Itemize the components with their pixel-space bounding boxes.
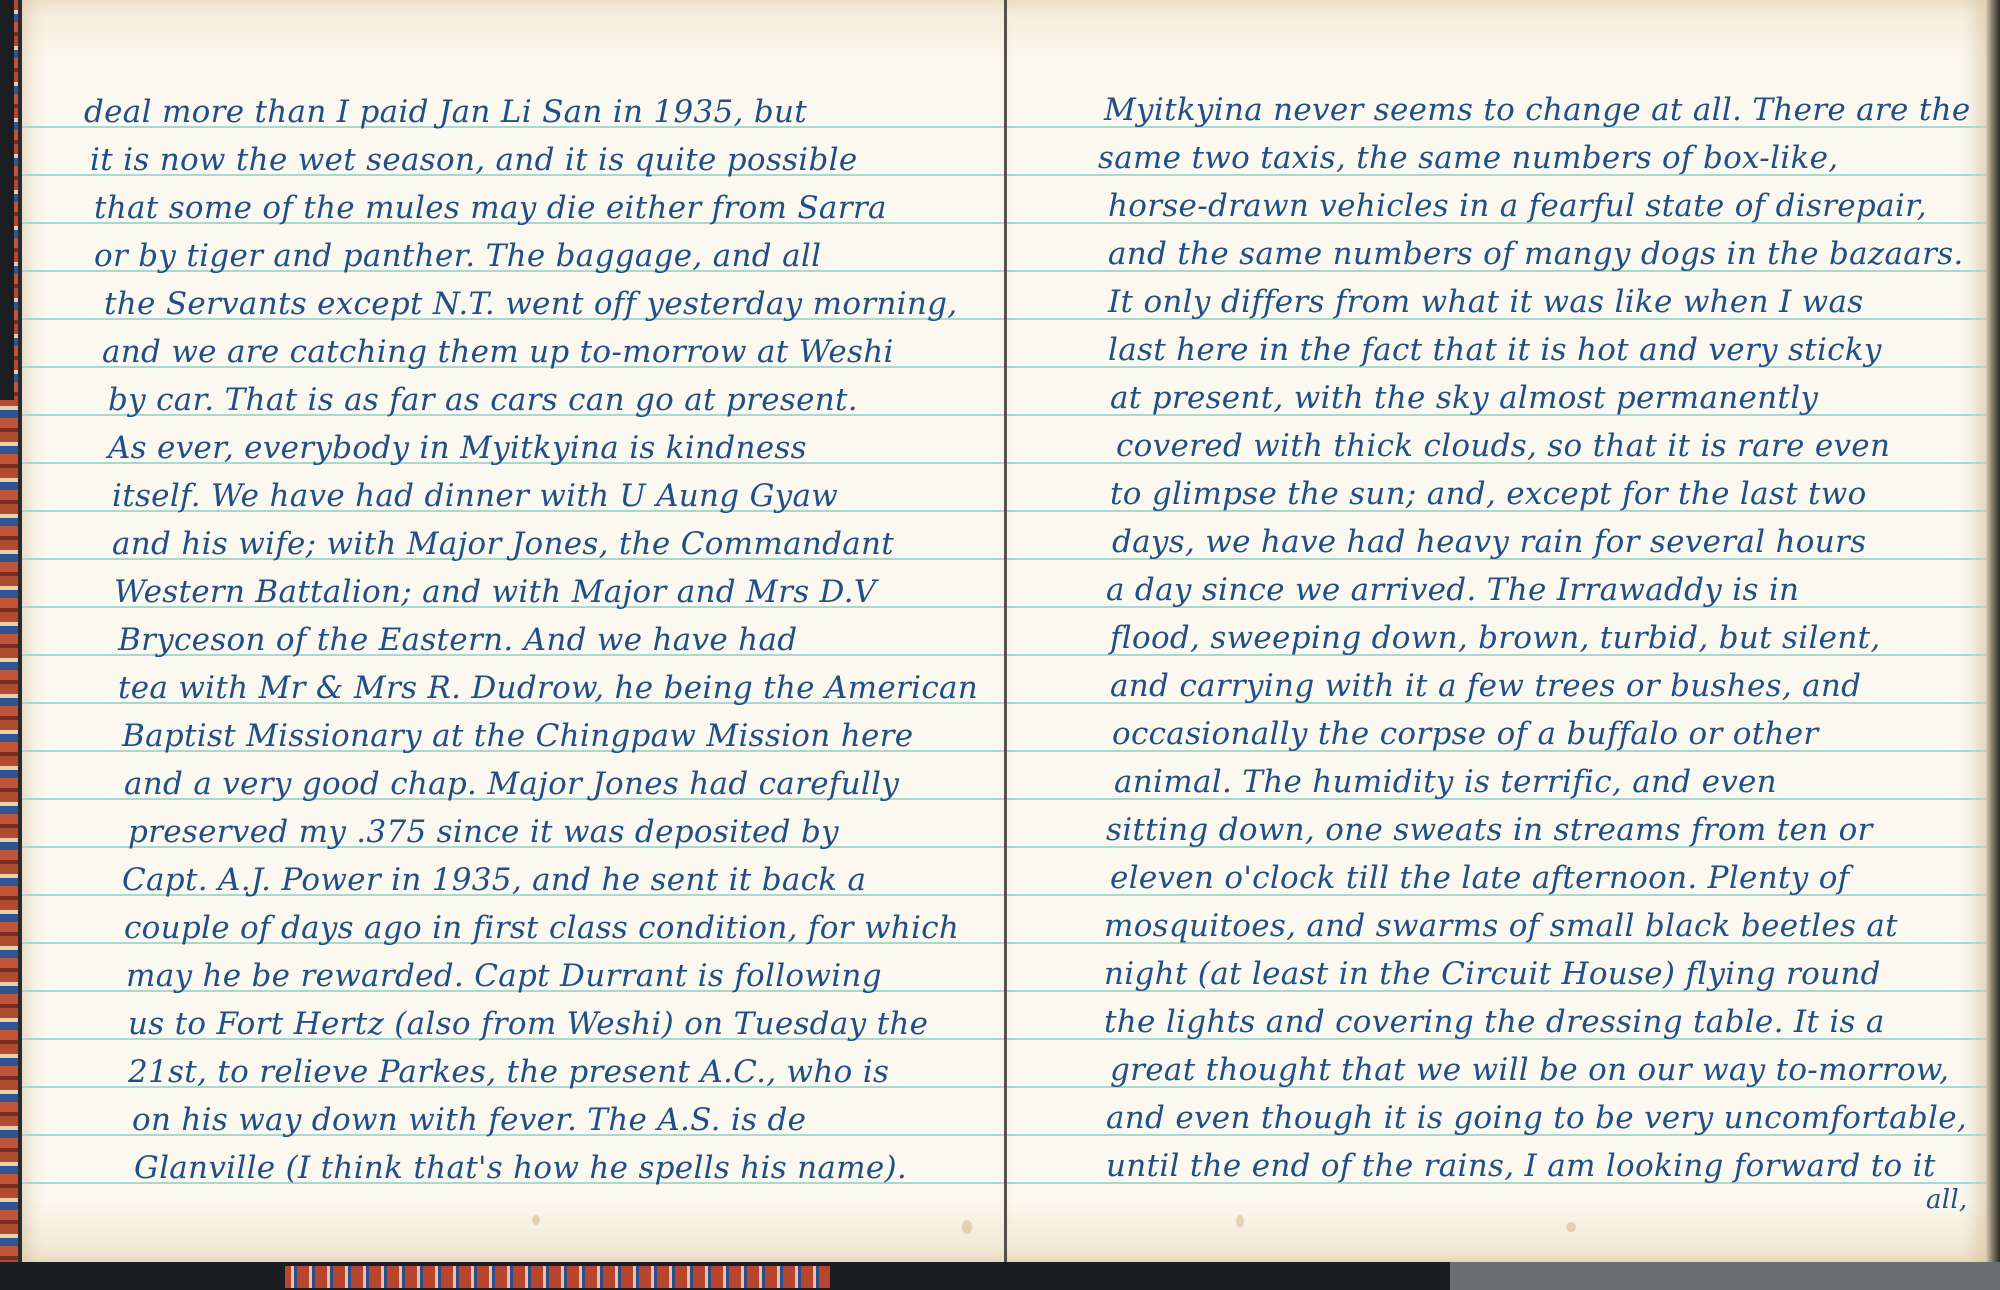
table-surface [1450, 1262, 2000, 1290]
text-line: to glimpse the sun; and, except for the … [1110, 474, 1867, 514]
text-line: It only differs from what it was like wh… [1108, 282, 1864, 322]
age-stain [1566, 1222, 1576, 1232]
text-line: days, we have had heavy rain for several… [1112, 522, 1866, 562]
text-line: and the same numbers of mangy dogs in th… [1108, 234, 1964, 274]
right-page: Myitkyina never seems to change at all. … [1006, 0, 1986, 1262]
text-line: Baptist Missionary at the Chingpaw Missi… [122, 716, 913, 756]
text-line: tea with Mr & Mrs R. Dudrow, he being th… [118, 668, 978, 708]
text-line: sitting down, one sweats in streams from… [1106, 810, 1873, 850]
text-line: Bryceson of the Eastern. And we have had [118, 620, 797, 660]
text-line: may he be rewarded. Capt Durrant is foll… [126, 956, 882, 996]
age-stain [1236, 1215, 1244, 1227]
text-line: by car. That is as far as cars can go at… [108, 380, 858, 420]
text-line: or by tiger and panther. The baggage, an… [94, 236, 821, 276]
text-line: Western Battalion; and with Major and Mr… [114, 572, 876, 612]
text-line: and carrying with it a few trees or bush… [1110, 666, 1861, 706]
text-line: and even though it is going to be very u… [1106, 1098, 1967, 1138]
text-line: horse-drawn vehicles in a fearful state … [1108, 186, 1927, 226]
age-stain [532, 1215, 540, 1225]
text-line: couple of days ago in first class condit… [124, 908, 959, 948]
text-line: As ever, everybody in Myitkyina is kindn… [108, 428, 807, 468]
page-stack-edge [1986, 0, 2000, 1262]
text-line: eleven o'clock till the late afternoon. … [1110, 858, 1849, 898]
text-line: Glanville (I think that's how he spells … [134, 1148, 907, 1188]
text-line: on his way down with fever. The A.S. is … [132, 1100, 806, 1140]
text-line: a day since we arrived. The Irrawaddy is… [1106, 570, 1799, 610]
text-line-continuation: all, [1926, 1180, 1968, 1220]
text-line: that some of the mules may die either fr… [94, 188, 887, 228]
book-spine [1004, 0, 1007, 1262]
text-line: mosquitoes, and swarms of small black be… [1104, 906, 1898, 946]
text-line: at present, with the sky almost permanen… [1110, 378, 1818, 418]
text-line: great thought that we will be on our way… [1110, 1050, 1949, 1090]
text-line: 21st, to relieve Parkes, the present A.C… [128, 1052, 889, 1092]
text-line: last here in the fact that it is hot and… [1108, 330, 1882, 370]
text-line: it is now the wet season, and it is quit… [90, 140, 858, 180]
text-line: covered with thick clouds, so that it is… [1116, 426, 1890, 466]
text-line: same two taxis, the same numbers of box-… [1098, 138, 1838, 178]
text-line: the Servants except N.T. went off yester… [104, 284, 957, 324]
text-line: and his wife; with Major Jones, the Comm… [112, 524, 894, 564]
text-line: occasionally the corpse of a buffalo or … [1112, 714, 1819, 754]
text-line: preserved my .375 since it was deposited… [128, 812, 839, 852]
text-line: deal more than I paid Jan Li San in 1935… [84, 92, 807, 132]
text-line: flood, sweeping down, brown, turbid, but… [1110, 618, 1881, 658]
text-line: night (at least in the Circuit House) fl… [1104, 954, 1881, 994]
marbled-edge-bottom [285, 1266, 830, 1288]
age-stain [962, 1220, 972, 1234]
text-line: Capt. A.J. Power in 1935, and he sent it… [122, 860, 866, 900]
text-line: and we are catching them up to-morrow at… [102, 332, 894, 372]
text-line: and a very good chap. Major Jones had ca… [124, 764, 899, 804]
left-page: deal more than I paid Jan Li San in 1935… [22, 0, 1005, 1262]
text-line: us to Fort Hertz (also from Weshi) on Tu… [128, 1004, 928, 1044]
text-line: Myitkyina never seems to change at all. … [1104, 90, 1971, 130]
text-line: the lights and covering the dressing tab… [1104, 1002, 1885, 1042]
text-line: animal. The humidity is terrific, and ev… [1114, 762, 1777, 802]
notebook-cover-left [0, 0, 14, 400]
text-line: itself. We have had dinner with U Aung G… [112, 476, 838, 516]
text-line: until the end of the rains, I am looking… [1106, 1146, 1936, 1186]
